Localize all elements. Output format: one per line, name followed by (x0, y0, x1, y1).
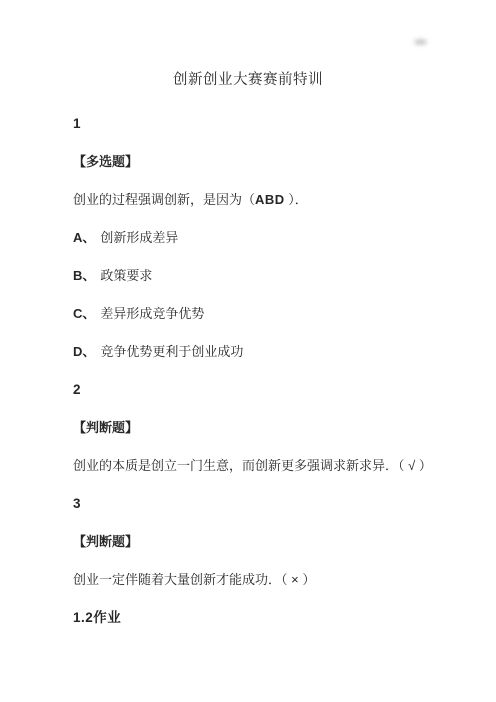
option-a: A、创新形成差异 (73, 229, 456, 247)
option-d-text: 竞争优势更利于创业成功 (100, 344, 243, 359)
option-b: B、政策要求 (73, 267, 456, 285)
option-c-letter: C、 (73, 306, 95, 321)
question-1-text: 创业的过程强调创新，是因为（ABD ）． (73, 191, 456, 209)
question-2-text: 创业的本质是创立一门生意，而创新更多强调求新求异．（ √ ） (73, 457, 456, 475)
document-page: 创新创业大赛赛前特训 1 【多选题】 创业的过程强调创新，是因为（ABD ）． … (0, 0, 496, 702)
document-body: 1 【多选题】 创业的过程强调创新，是因为（ABD ）． A、创新形成差异 B、… (0, 115, 496, 627)
question-2-type-label: 【判断题】 (73, 419, 456, 437)
option-c-text: 差异形成竞争优势 (100, 306, 204, 321)
question-1-text-prefix: 创业的过程强调创新，是因为（ (73, 192, 255, 207)
option-d-letter: D、 (73, 344, 95, 359)
option-d: D、竞争优势更利于创业成功 (73, 343, 456, 361)
question-1-text-suffix: ）． (285, 192, 308, 207)
question-3-type-label: 【判断题】 (73, 533, 456, 551)
section-heading: 1.2作业 (73, 609, 456, 627)
page-title: 创新创业大赛赛前特训 (0, 0, 496, 90)
smudge-mark (414, 39, 427, 45)
option-a-text: 创新形成差异 (100, 230, 178, 245)
question-3-number: 3 (73, 495, 456, 513)
question-1-answer: ABD (255, 192, 285, 207)
question-1-type-label: 【多选题】 (73, 153, 456, 171)
question-2-number: 2 (73, 381, 456, 399)
option-c: C、差异形成竞争优势 (73, 305, 456, 323)
option-a-letter: A、 (73, 230, 95, 245)
question-1-number: 1 (73, 115, 456, 133)
option-b-letter: B、 (73, 268, 95, 283)
option-b-text: 政策要求 (100, 268, 152, 283)
question-3-text: 创业一定伴随着大量创新才能成功．（ × ） (73, 571, 456, 589)
